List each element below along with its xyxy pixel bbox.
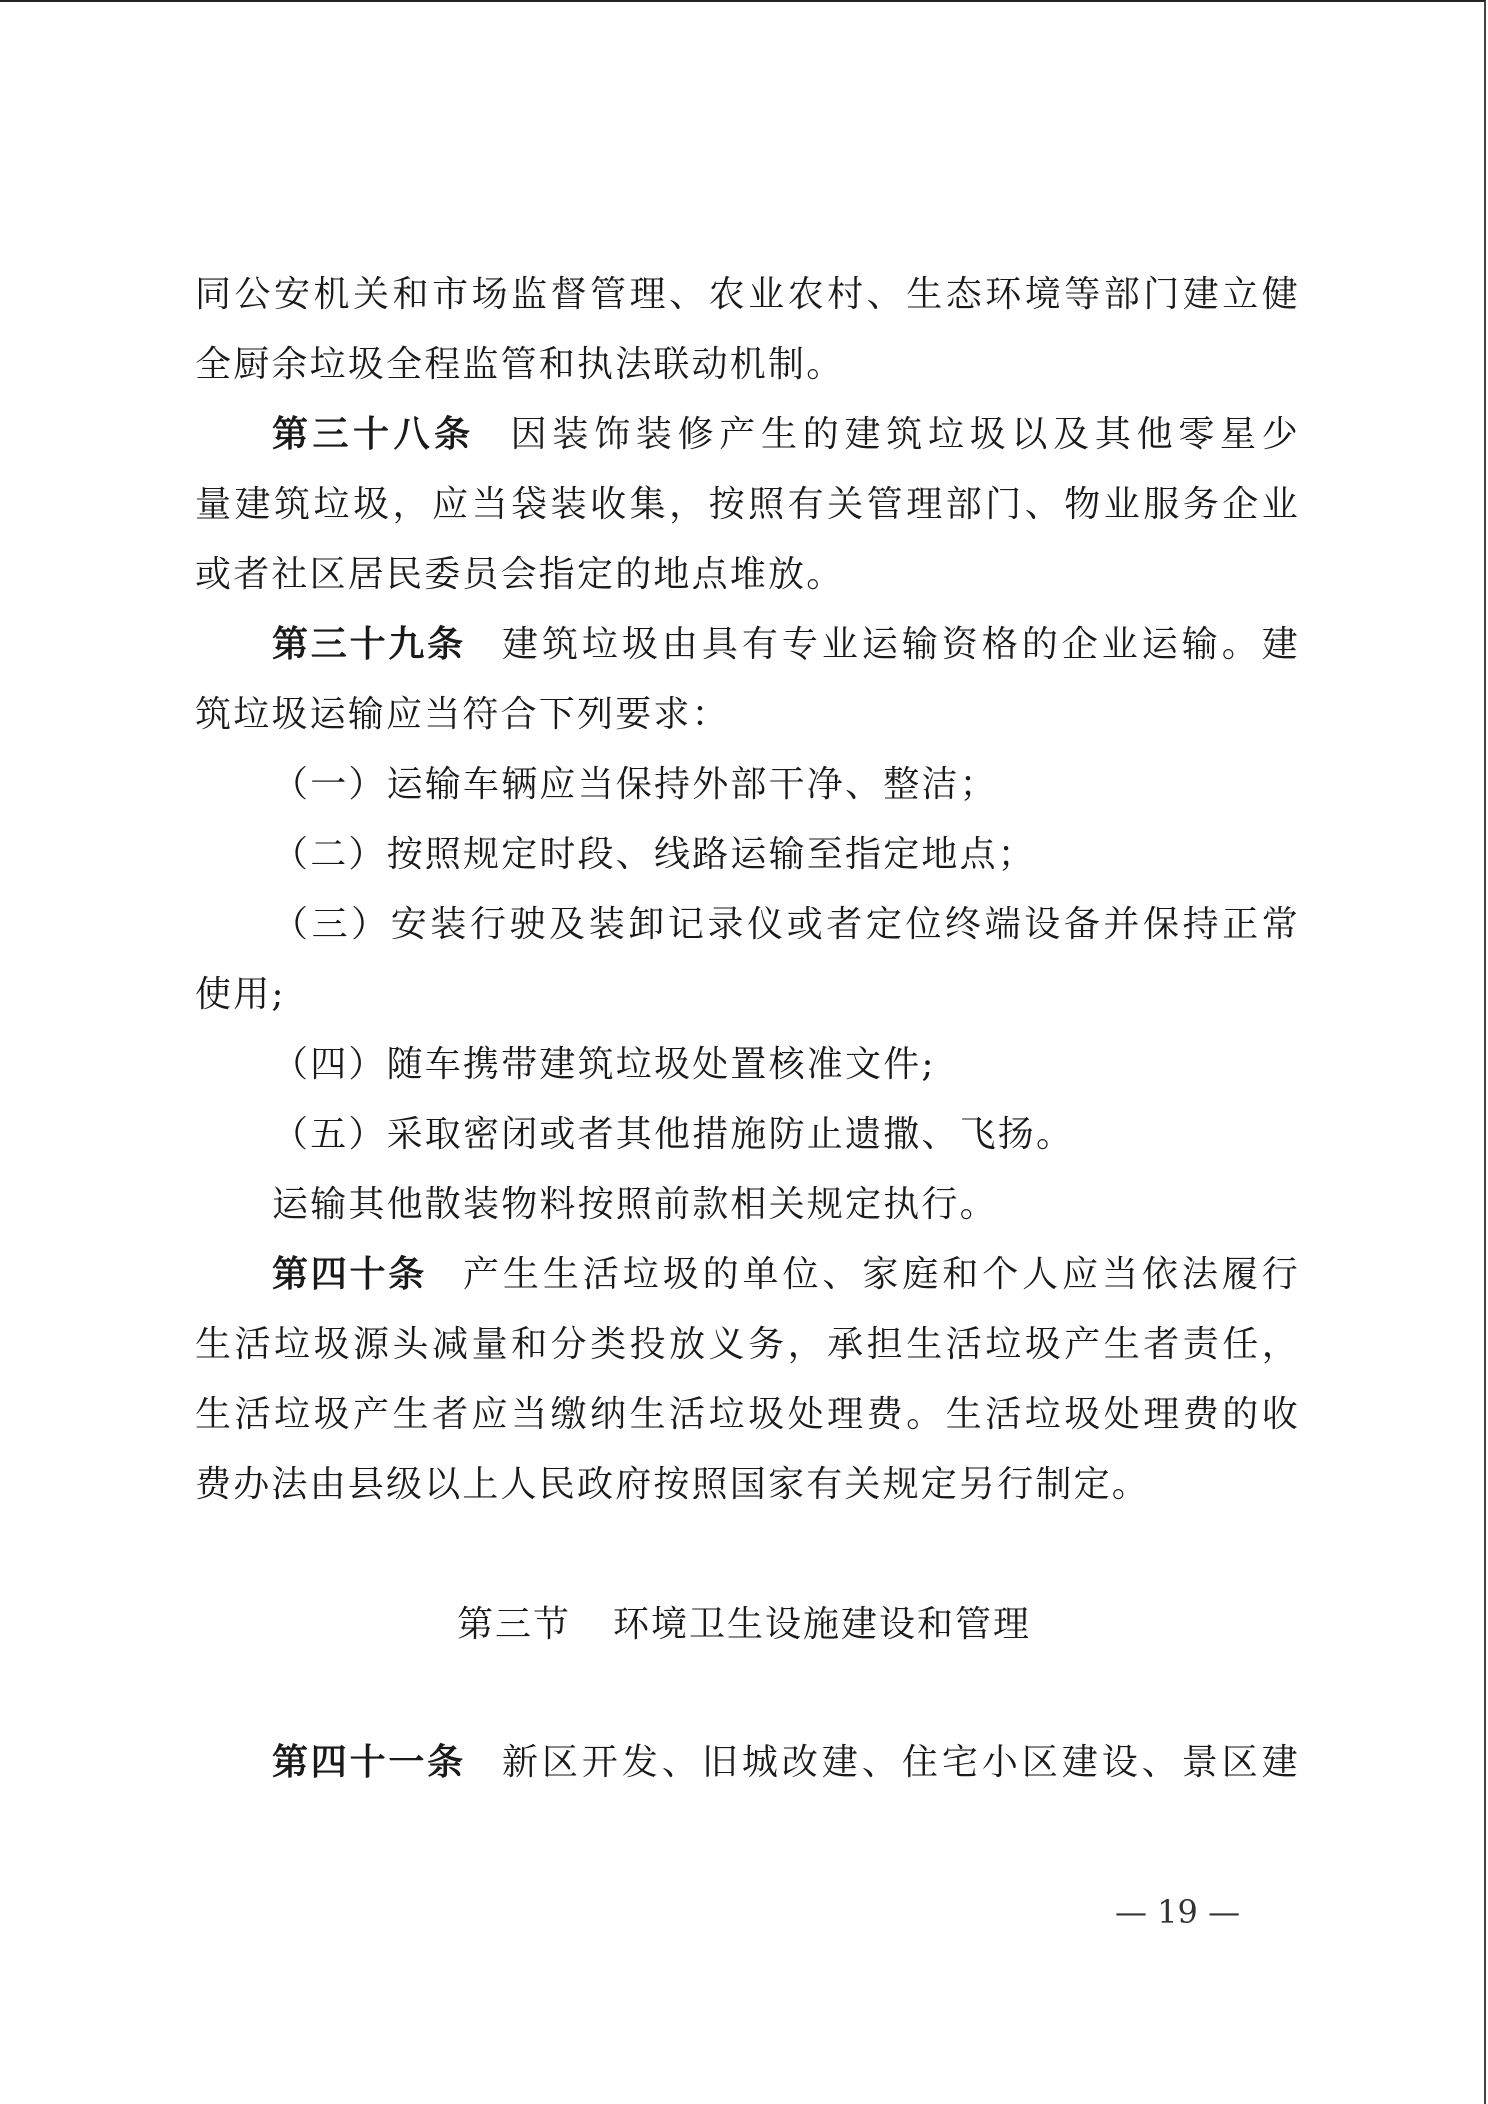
section-number: 第三节: [457, 1604, 571, 1645]
article-40-first-line: 第四十条产生生活垃圾的单位、家庭和个人应当依法履行: [272, 1250, 1300, 1300]
page-number: — 19 —: [1115, 1892, 1240, 1932]
article-41-first-line: 第四十一条新区开发、旧城改建、住宅小区建设、景区建: [272, 1738, 1300, 1788]
paragraph-line: 量建筑垃圾，应当袋装收集，按照有关管理部门、物业服务企业: [195, 480, 1300, 530]
paragraph-line: 同公安机关和市场监督管理、农业农村、生态环境等部门建立健: [195, 270, 1300, 320]
article-text: 建筑垃圾由具有专业运输资格的企业运输。建: [502, 624, 1300, 665]
document-page: 同公安机关和市场监督管理、农业农村、生态环境等部门建立健 全厨余垃圾全程监管和执…: [0, 0, 1486, 2104]
paragraph-line: 筑垃圾运输应当符合下列要求：: [195, 690, 1300, 740]
list-item: （一）运输车辆应当保持外部干净、整洁；: [272, 760, 1300, 810]
article-label: 第三十八条: [272, 414, 475, 455]
article-label: 第四十条: [272, 1254, 427, 1295]
paragraph-line: 运输其他散装物料按照前款相关规定执行。: [272, 1180, 1300, 1230]
paragraph-line: 或者社区居民委员会指定的地点堆放。: [195, 550, 1300, 600]
paragraph-line: 生活垃圾产生者应当缴纳生活垃圾处理费。生活垃圾处理费的收: [195, 1390, 1300, 1440]
article-38-first-line: 第三十八条因装饰装修产生的建筑垃圾以及其他零星少: [272, 410, 1300, 460]
article-text: 产生生活垃圾的单位、家庭和个人应当依法履行: [463, 1254, 1300, 1295]
paragraph-line: 生活垃圾源头减量和分类投放义务，承担生活垃圾产生者责任，: [195, 1320, 1300, 1370]
article-text: 因装饰装修产生的建筑垃圾以及其他零星少: [511, 414, 1300, 455]
article-text: 新区开发、旧城改建、住宅小区建设、景区建: [502, 1742, 1300, 1783]
article-label: 第四十一条: [272, 1742, 466, 1783]
paragraph-line: 全厨余垃圾全程监管和执法联动机制。: [195, 340, 1300, 390]
article-39-first-line: 第三十九条建筑垃圾由具有专业运输资格的企业运输。建: [272, 620, 1300, 670]
list-item: （二）按照规定时段、线路运输至指定地点；: [272, 830, 1300, 880]
section-title: 环境卫生设施建设和管理: [613, 1604, 1031, 1645]
list-item-continuation: 使用;: [195, 970, 1300, 1020]
paragraph-line: 费办法由县级以上人民政府按照国家有关规定另行制定。: [195, 1460, 1300, 1510]
list-item: （四）随车携带建筑垃圾处置核准文件;: [272, 1040, 1300, 1090]
list-item: （三）安装行驶及装卸记录仪或者定位终端设备并保持正常: [272, 900, 1300, 950]
list-item: （五）采取密闭或者其他措施防止遗撒、飞扬。: [272, 1110, 1300, 1160]
article-label: 第三十九条: [272, 624, 466, 665]
section-heading: 第三节环境卫生设施建设和管理: [0, 1600, 1488, 1650]
